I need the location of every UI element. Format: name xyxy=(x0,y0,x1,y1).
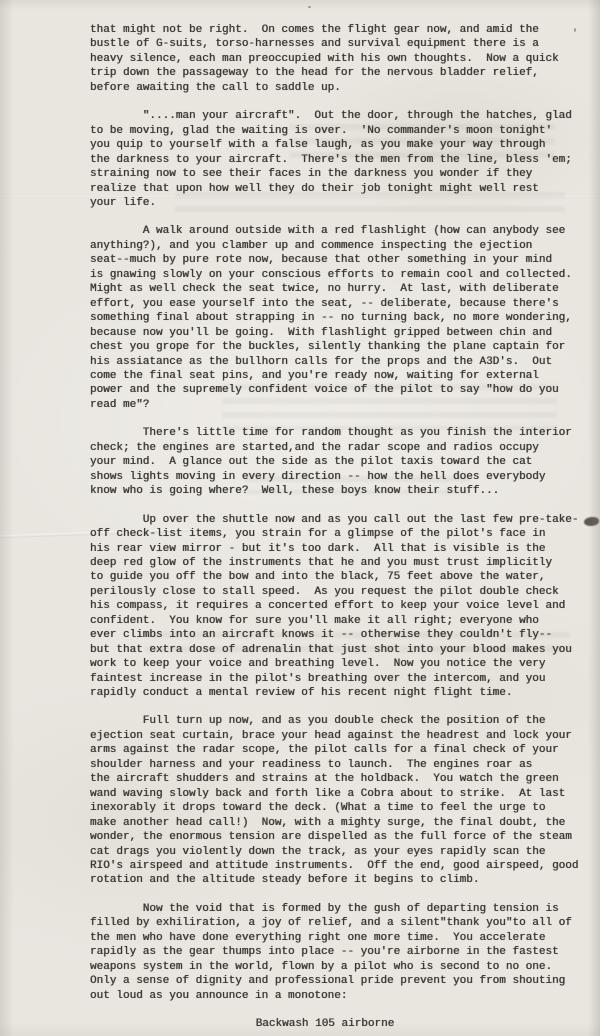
paragraph-2: "....man your aircraft". Out the door, t… xyxy=(90,109,592,210)
paragraph-5: Up over the shuttle now and as you call … xyxy=(90,513,592,701)
closing-line: Backwash 105 airborne xyxy=(90,1017,560,1031)
paragraph-6: Full turn up now, and as you double chec… xyxy=(90,714,592,887)
paragraph-3: A walk around outside with a red flashli… xyxy=(90,224,592,412)
paragraph-4: There's little time for random thought a… xyxy=(90,426,592,498)
ink-speck xyxy=(308,6,311,8)
paragraph-1: that might not be right. On comes the fl… xyxy=(90,23,592,95)
page-text: that might not be right. On comes the fl… xyxy=(90,23,592,1032)
paragraph-7: Now the void that is formed by the gush … xyxy=(90,902,592,1003)
document-page: that might not be right. On comes the fl… xyxy=(0,0,600,1036)
